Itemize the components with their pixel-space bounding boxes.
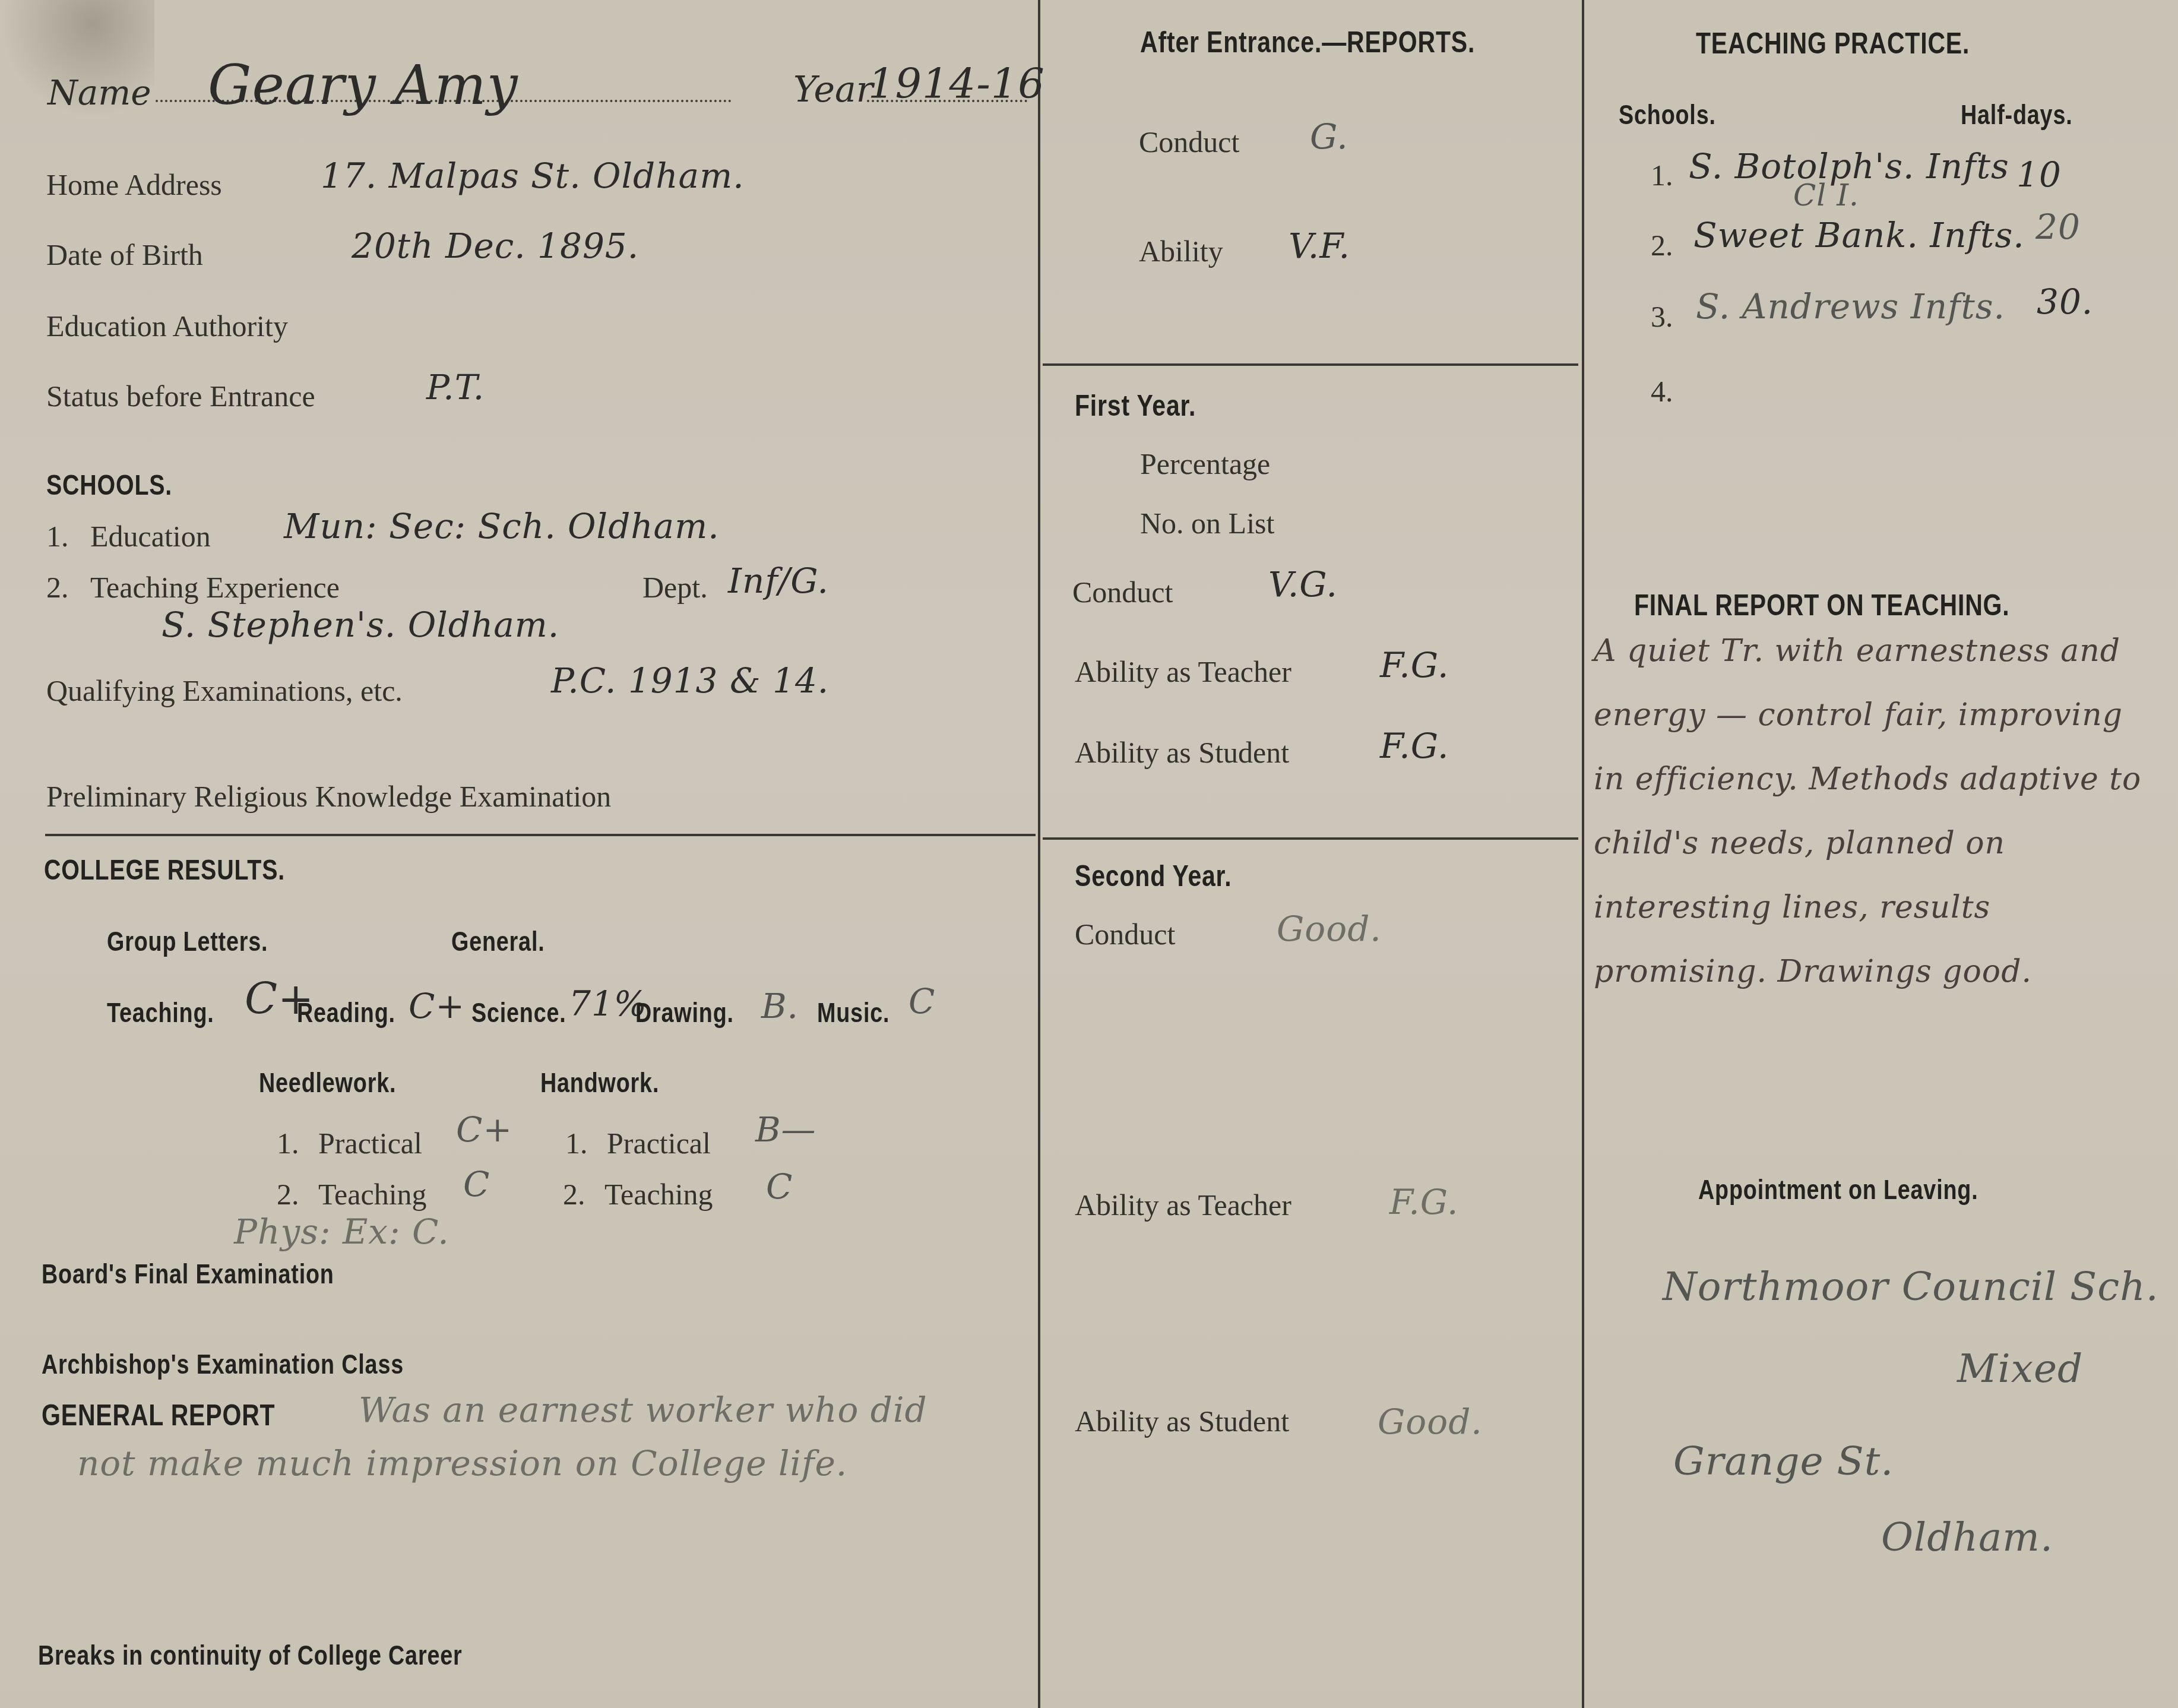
year-value: 1914-16: [868, 59, 1045, 108]
dob-label: Date of Birth: [46, 238, 203, 272]
first-year-teacher-label: Ability as Teacher: [1075, 654, 1291, 689]
status-label: Status before Entrance: [46, 379, 315, 413]
handwork-practical-value: B—: [755, 1109, 816, 1150]
needlework-practical-label: Practical: [318, 1126, 422, 1160]
second-year-teacher-label: Ability as Teacher: [1075, 1188, 1291, 1222]
first-year-conduct-label: Conduct: [1072, 575, 1173, 609]
tp-schools-header: Schools.: [1619, 99, 1716, 131]
handwork-teaching-label: Teaching: [604, 1177, 713, 1212]
tp-row-half-days: 30.: [2037, 281, 2093, 322]
qualifying-label: Qualifying Examinations, etc.: [46, 673, 403, 708]
needlework-practical-value: C+: [456, 1109, 512, 1150]
reports-ability-value: V.F.: [1289, 226, 1350, 266]
qualifying-value: P.C. 1913 & 14.: [551, 660, 829, 701]
tp-row-school: Sweet Bank. Infts.: [1693, 215, 2025, 255]
tp-row-num: 2.: [1651, 228, 1673, 262]
divider-reports: [1043, 363, 1578, 366]
name-label: Name: [48, 72, 151, 113]
subject-reading-label: Reading.: [297, 997, 395, 1029]
first-year-no-on-list-label: No. on List: [1140, 506, 1274, 540]
handwork-practical-label: Practical: [607, 1126, 711, 1160]
home-address-value: 17. Malpas St. Oldham.: [321, 156, 745, 196]
needlework-teaching-label: Teaching: [318, 1177, 427, 1212]
general-label: General.: [451, 925, 545, 957]
tp-row-school: S. Andrews Infts.: [1696, 286, 2005, 327]
reports-title: After Entrance.—REPORTS.: [1140, 25, 1475, 59]
second-year-conduct-label: Conduct: [1075, 917, 1175, 951]
schools-title: SCHOOLS.: [46, 469, 172, 502]
religious-exam-label: Preliminary Religious Knowledge Examinat…: [46, 779, 611, 814]
subject-reading-value: C+: [409, 986, 465, 1026]
dob-value: 20th Dec. 1895.: [352, 226, 639, 266]
tp-half-days-header: Half-days.: [1961, 99, 2072, 131]
appointment-title: Appointment on Leaving.: [1698, 1174, 1978, 1206]
first-year-title: First Year.: [1075, 388, 1196, 423]
first-year-student-value: F.G.: [1380, 726, 1449, 766]
dept-value: Inf/G.: [728, 561, 829, 601]
tp-row-num: 1.: [1651, 158, 1673, 192]
needlework-title: Needlework.: [259, 1067, 396, 1099]
subject-teaching-label: Teaching.: [107, 997, 214, 1029]
column-divider-right: [1582, 0, 1584, 1708]
subject-science-label: Science.: [471, 997, 566, 1029]
teaching-practice-title: TEACHING PRACTICE.: [1696, 26, 1970, 61]
divider-college-results: [45, 834, 1036, 836]
second-year-student-label: Ability as Student: [1075, 1404, 1289, 1438]
appointment-line1: Northmoor Council Sch.: [1663, 1264, 2159, 1310]
education-num: 1.: [46, 519, 69, 553]
teaching-exp-value: S. Stephen's. Oldham.: [162, 605, 559, 645]
teaching-exp-num: 2.: [46, 570, 69, 605]
tp-row-half-days: 10: [2016, 154, 2062, 195]
phys-ex-value: Phys: Ex: C.: [234, 1212, 449, 1252]
second-year-teacher-value: F.G.: [1389, 1182, 1458, 1222]
needlework-teaching-num: 2.: [277, 1177, 299, 1212]
college-results-title: COLLEGE RESULTS.: [44, 854, 285, 887]
subject-drawing-label: Drawing.: [635, 997, 734, 1029]
needlework-teaching-value: C: [463, 1164, 490, 1204]
tp-row-num: 4.: [1651, 374, 1673, 409]
handwork-practical-num: 1.: [565, 1126, 588, 1160]
final-report-text: A quiet Tr. with earnestness and energy …: [1594, 619, 2158, 1004]
general-report-line1: Was an earnest worker who did: [359, 1390, 927, 1430]
teaching-exp-label: Teaching Experience: [90, 570, 340, 605]
name-value: Geary Amy: [208, 53, 518, 117]
subject-music-label: Music.: [817, 997, 889, 1029]
education-authority-label: Education Authority: [46, 309, 288, 343]
tp-row-note: Cl I.: [1793, 178, 1859, 213]
education-label: Education: [90, 519, 211, 553]
handwork-teaching-num: 2.: [563, 1177, 585, 1212]
first-year-student-label: Ability as Student: [1075, 735, 1289, 770]
student-record-card: Name Geary Amy Year 1914-16 Home Address…: [0, 0, 2178, 1708]
appointment-line2: Mixed: [1957, 1346, 2083, 1391]
archbishops-label: Archbishop's Examination Class: [42, 1348, 404, 1380]
handwork-teaching-value: C: [766, 1166, 793, 1207]
tp-row-num: 3.: [1651, 299, 1673, 334]
reports-conduct-label: Conduct: [1139, 125, 1239, 159]
status-value: P.T.: [426, 367, 485, 407]
general-report-line2: not make much impression on College life…: [77, 1443, 847, 1484]
reports-ability-label: Ability: [1139, 234, 1223, 268]
appointment-line3: Grange St.: [1673, 1438, 1894, 1484]
group-letters-label: Group Letters.: [107, 925, 268, 957]
first-year-percentage-label: Percentage: [1140, 447, 1270, 481]
general-report-label: GENERAL REPORT: [42, 1398, 275, 1432]
second-year-student-value: Good.: [1378, 1402, 1483, 1442]
second-year-title: Second Year.: [1075, 859, 1232, 893]
subject-music-value: C: [908, 981, 935, 1021]
handwork-title: Handwork.: [540, 1067, 659, 1099]
second-year-conduct-value: Good.: [1277, 909, 1382, 949]
divider-first-year: [1043, 837, 1578, 840]
subject-drawing-value: B.: [761, 986, 799, 1026]
tp-row-half-days: 20: [2035, 207, 2081, 247]
reports-conduct-value: G.: [1310, 116, 1348, 157]
dept-label: Dept.: [642, 570, 708, 605]
first-year-teacher-value: F.G.: [1380, 645, 1449, 685]
breaks-label: Breaks in continuity of College Career: [38, 1639, 462, 1671]
needlework-practical-num: 1.: [277, 1126, 299, 1160]
column-divider-left: [1038, 0, 1040, 1708]
first-year-conduct-value: V.G.: [1268, 564, 1338, 605]
appointment-line4: Oldham.: [1881, 1514, 2053, 1560]
final-report-title: FINAL REPORT ON TEACHING.: [1634, 588, 2009, 622]
education-value: Mun: Sec: Sch. Oldham.: [284, 506, 720, 546]
year-label: Year: [793, 69, 873, 110]
home-address-label: Home Address: [46, 167, 222, 202]
boards-final-label: Board's Final Examination: [42, 1258, 334, 1290]
